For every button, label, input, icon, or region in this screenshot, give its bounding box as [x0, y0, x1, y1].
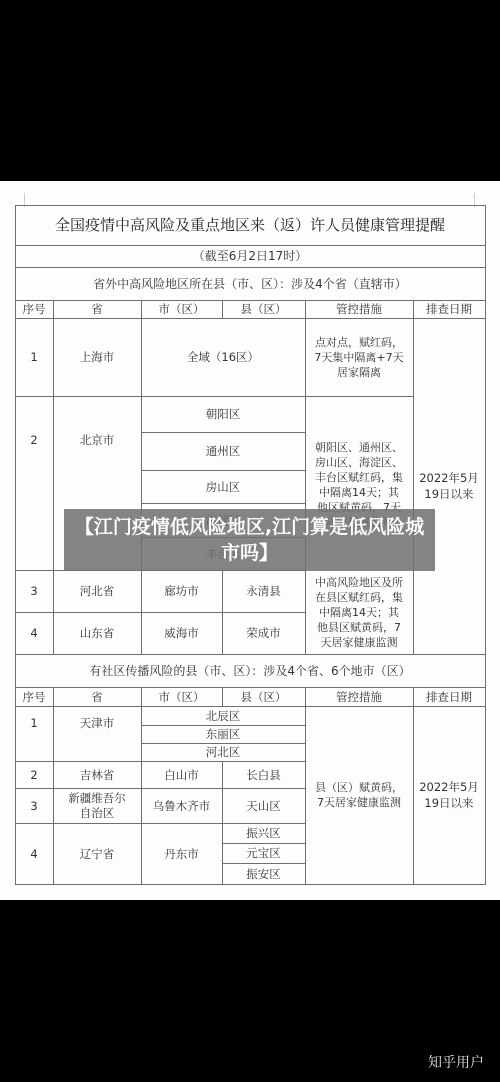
city-cell: 白山市 — [141, 761, 222, 788]
col-header-date: 排查日期 — [413, 687, 485, 706]
caption-overlay: 【江门疫情低风险地区,江门算是低风险城市吗】 — [64, 509, 435, 571]
province-cell: 天津市 — [53, 706, 141, 740]
col-header-county: 县（区） — [222, 687, 305, 706]
col-header-no: 序号 — [15, 687, 53, 706]
province-cell: 辽宁省 — [53, 823, 141, 884]
district-cell: 东丽区 — [141, 725, 305, 743]
district-cell: 通州区 — [141, 432, 305, 470]
city-county-cell: 全域（16区） — [141, 318, 305, 396]
measure-cell: 点对点，赋红码， 7天集中隔离+7天 居家隔离 — [305, 318, 413, 396]
measure-cell: 中高风险地区及所 在县区赋红码，集 中隔离14天；其 他县区赋黄码，7 天居家健… — [305, 570, 413, 654]
city-cell: 威海市 — [141, 612, 222, 654]
row-number: 1 — [15, 706, 53, 740]
row-number: 3 — [15, 570, 53, 612]
row-number: 4 — [15, 823, 53, 884]
date-cell: 2022年5月 19日以来 — [413, 318, 485, 654]
province-cell: 河北省 — [53, 570, 141, 612]
col-header-province: 省 — [53, 687, 141, 706]
district-cell: 房山区 — [141, 470, 305, 503]
watermark: 知乎用户 — [428, 1052, 484, 1072]
col-header-city: 市（区） — [141, 300, 222, 318]
county-cell: 振安区 — [222, 863, 305, 884]
row-number: 3 — [15, 788, 53, 823]
county-cell: 天山区 — [222, 788, 305, 823]
col-header-city: 市（区） — [141, 687, 222, 706]
province-cell: 山东省 — [53, 612, 141, 654]
province-cell: 吉林省 — [53, 761, 141, 788]
city-cell: 廊坊市 — [141, 570, 222, 612]
county-cell: 荣成市 — [222, 612, 305, 654]
measure-cell: 县（区）赋黄码， 7天居家健康监测 — [305, 706, 413, 884]
county-cell: 永清县 — [222, 570, 305, 612]
city-cell: 乌鲁木齐市 — [141, 788, 222, 823]
row-number: 4 — [15, 612, 53, 654]
city-cell: 丹东市 — [141, 823, 222, 884]
col-header-province: 省 — [53, 300, 141, 318]
district-cell: 河北区 — [141, 743, 305, 761]
document-title: 全国疫情中高风险及重点地区来（返）许人员健康管理提醒 — [15, 205, 485, 245]
col-header-no: 序号 — [15, 300, 53, 318]
county-cell: 元宝区 — [222, 843, 305, 863]
as-of-time: （截至6月2日17时） — [15, 245, 485, 267]
section2-heading: 有社区传播风险的县（市、区）：涉及4个省、6个地市（区） — [15, 654, 485, 687]
province-cell: 上海市 — [53, 318, 141, 396]
district-cell: 北辰区 — [141, 706, 305, 725]
section1-heading: 省外中高风险地区所在县（市、区）：涉及4个省（直辖市） — [15, 267, 485, 300]
col-header-measure: 管控措施 — [305, 300, 413, 318]
date-cell: 2022年5月 19日以来 — [413, 706, 485, 884]
county-cell: 长白县 — [222, 761, 305, 788]
col-header-date: 排查日期 — [413, 300, 485, 318]
col-header-county: 县（区） — [222, 300, 305, 318]
row-number: 2 — [15, 761, 53, 788]
col-header-measure: 管控措施 — [305, 687, 413, 706]
province-cell: 新疆维吾尔 自治区 — [53, 788, 141, 823]
row-number: 1 — [15, 318, 53, 396]
province-cell: 北京市 — [53, 396, 141, 484]
row-number: 2 — [15, 396, 53, 484]
district-cell: 朝阳区 — [141, 396, 305, 432]
county-cell: 振兴区 — [222, 823, 305, 843]
